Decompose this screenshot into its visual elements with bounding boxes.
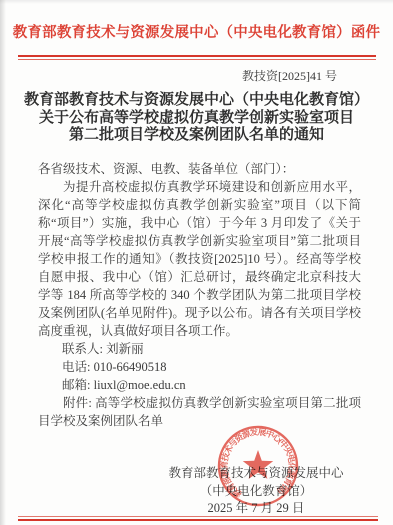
attachment-note: 附件: 高等学校虚拟仿真教学创新实验室项目第二批项目学校及案例团队名单 [38, 394, 361, 430]
signature-org-line-1: 教育部教育技术与资源发展中心 [150, 465, 362, 483]
signature-block: 教育部教育技术与资源发展中心 （中央电化教育馆） 2025 年 7 月 29 日 [150, 465, 362, 518]
official-letter-page: 教育部教育技术与资源发展中心（中央电化教育馆）函件 教技资[2025]41 号 … [0, 0, 393, 525]
document-title: 教育部教育技术与资源发展中心（中央电化教育馆） 关于公布高等学校虚拟仿真教学创新… [0, 92, 393, 145]
salutation: 各省级技术、资源、电教、装备单位（部门）： [38, 160, 361, 178]
document-title-line-1: 教育部教育技术与资源发展中心（中央电化教育馆） [0, 92, 393, 110]
document-title-line-2: 关于公布高等学校虚拟仿真教学创新实验室项目 [0, 110, 393, 128]
main-paragraph: 为提升高校虚拟仿真教学环境建设和创新应用水平，深化“高等学校虚拟仿真教学创新实验… [38, 178, 361, 340]
letterhead-banner: 教育部教育技术与资源发展中心（中央电化教育馆）函件 [10, 21, 383, 42]
signature-date: 2025 年 7 月 29 日 [150, 500, 362, 518]
header-red-divider [18, 55, 376, 60]
document-body: 各省级技术、资源、电教、装备单位（部门）： 为提升高校虚拟仿真教学环境建设和创新… [38, 160, 361, 430]
signature-org-line-2: （中央电化教育馆） [150, 483, 362, 501]
document-title-line-3: 第二批项目学校及案例团队名单的通知 [0, 127, 393, 145]
document-number: 教技资[2025]41 号 [0, 67, 393, 84]
contact-phone: 电话: 010-66490518 [62, 358, 361, 376]
contact-block: 联系人: 刘新丽 电话: 010-66490518 邮箱: liuxl@moe.… [38, 340, 361, 394]
page-edge-shadow-top [0, 0, 393, 4]
contact-person: 联系人: 刘新丽 [62, 340, 361, 358]
contact-email: 邮箱: liuxl@moe.edu.cn [62, 376, 361, 394]
footer-red-divider [18, 516, 378, 521]
